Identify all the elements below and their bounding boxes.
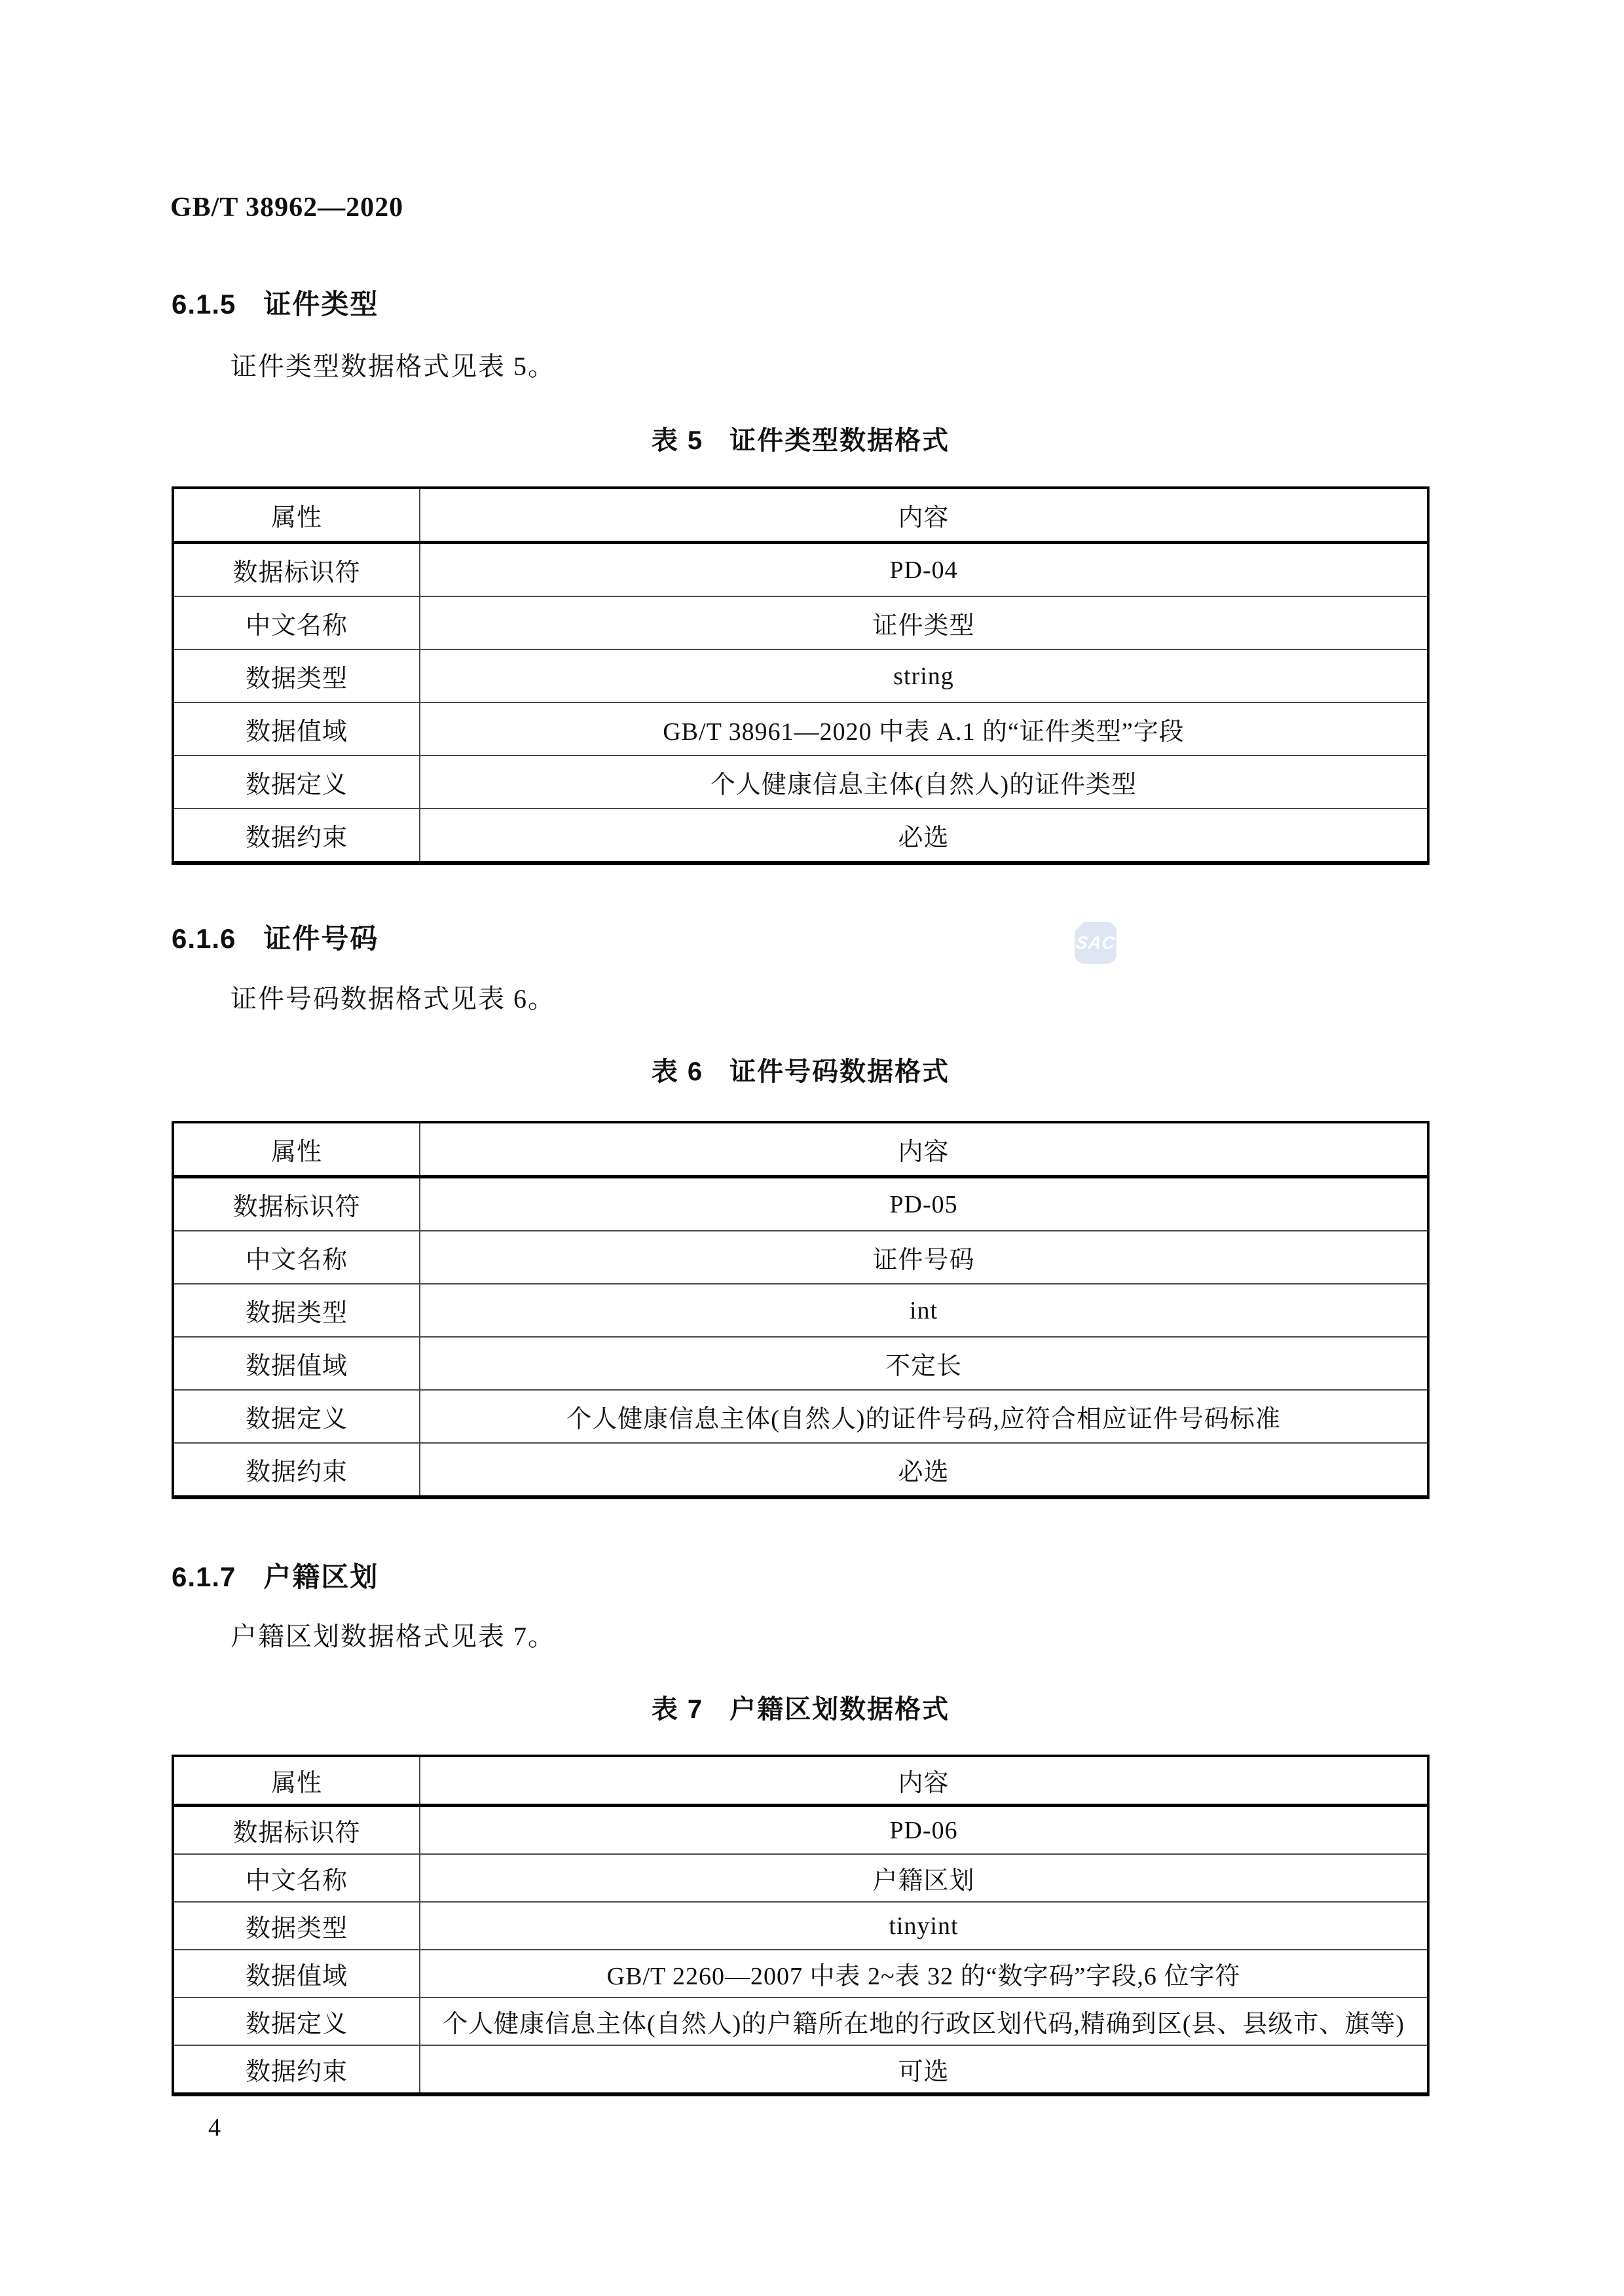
row-value: 必选: [420, 809, 1428, 863]
row-value: 个人健康信息主体(自然人)的证件号码,应符合相应证件号码标准: [420, 1390, 1428, 1443]
row-value: 个人健康信息主体(自然人)的户籍所在地的行政区划代码,精确到区(县、县级市、旗等…: [420, 1997, 1428, 2045]
row-value: GB/T 38961—2020 中表 A.1 的“证件类型”字段: [420, 702, 1428, 756]
row-value: int: [420, 1284, 1428, 1337]
row-label: 数据定义: [173, 756, 420, 809]
table-caption: 表 6证件号码数据格式: [172, 1057, 1430, 1087]
attr-header-cell: 属性: [173, 488, 420, 543]
row-label: 数据值域: [173, 1950, 420, 1997]
section-number: 6.1.5: [172, 289, 236, 319]
table-row: 数据标识符 PD-06: [173, 1806, 1428, 1855]
row-label: 数据约束: [173, 2045, 420, 2094]
row-label: 中文名称: [173, 596, 420, 649]
table-row: 数据标识符 PD-05: [173, 1177, 1428, 1231]
attr-header-cell: 属性: [173, 1122, 420, 1177]
section-intro: 证件号码数据格式见表 6。: [231, 984, 555, 1014]
table-header-row: 属性 内容: [173, 1756, 1428, 1806]
row-label: 数据值域: [173, 1337, 420, 1390]
table-name: 户籍区划数据格式: [729, 1695, 950, 1724]
table-row: 数据类型 tinyint: [173, 1902, 1428, 1950]
attr-header-cell: 属性: [173, 1756, 420, 1806]
table-row: 数据值域 GB/T 2260—2007 中表 2~表 32 的“数字码”字段,6…: [173, 1950, 1428, 1997]
row-label: 数据定义: [173, 1390, 420, 1443]
table-row: 中文名称 户籍区划: [173, 1854, 1428, 1902]
table-row: 数据类型 string: [173, 649, 1428, 702]
table-label: 表 7: [652, 1695, 703, 1724]
table-row: 中文名称 证件类型: [173, 596, 1428, 649]
table-label: 表 5: [652, 426, 703, 455]
table-header-row: 属性 内容: [173, 1122, 1428, 1177]
section-intro: 证件类型数据格式见表 5。: [231, 352, 555, 382]
row-label: 数据类型: [173, 649, 420, 702]
row-label: 中文名称: [173, 1854, 420, 1902]
table-row: 数据约束 必选: [173, 809, 1428, 863]
row-label: 数据类型: [173, 1284, 420, 1337]
row-label: 数据标识符: [173, 1806, 420, 1855]
row-label: 数据标识符: [173, 1177, 420, 1231]
row-value: GB/T 2260—2007 中表 2~表 32 的“数字码”字段,6 位字符: [420, 1950, 1428, 1997]
table-6-certificate-number: 属性 内容 数据标识符 PD-05 中文名称 证件号码 数据类型 int 数据值…: [172, 1121, 1430, 1499]
table-row: 数据值域 不定长: [173, 1337, 1428, 1390]
content-header-cell: 内容: [420, 488, 1428, 543]
table-row: 数据定义 个人健康信息主体(自然人)的户籍所在地的行政区划代码,精确到区(县、县…: [173, 1997, 1428, 2045]
table-row: 数据类型 int: [173, 1284, 1428, 1337]
row-value: 户籍区划: [420, 1854, 1428, 1902]
table-row: 数据标识符 PD-04: [173, 543, 1428, 597]
row-label: 数据标识符: [173, 543, 420, 597]
table-caption: 表 5证件类型数据格式: [172, 426, 1430, 456]
content-header-cell: 内容: [420, 1122, 1428, 1177]
section-title: 证件号码: [263, 923, 378, 954]
row-label: 数据约束: [173, 1443, 420, 1497]
table-7-household-registration: 属性 内容 数据标识符 PD-06 中文名称 户籍区划 数据类型 tinyint…: [172, 1755, 1430, 2096]
section-heading-6-1-6: 6.1.6证件号码: [172, 923, 378, 955]
page-number: 4: [208, 2113, 221, 2142]
table-row: 数据定义 个人健康信息主体(自然人)的证件号码,应符合相应证件号码标准: [173, 1390, 1428, 1443]
section-heading-6-1-5: 6.1.5证件类型: [172, 289, 378, 320]
row-value: PD-06: [420, 1806, 1428, 1855]
row-label: 数据约束: [173, 809, 420, 863]
row-value: 个人健康信息主体(自然人)的证件类型: [420, 756, 1428, 809]
row-value: 证件号码: [420, 1231, 1428, 1284]
table-row: 数据值域 GB/T 38961—2020 中表 A.1 的“证件类型”字段: [173, 702, 1428, 756]
table-label: 表 6: [652, 1057, 703, 1086]
row-value: tinyint: [420, 1902, 1428, 1950]
row-value: 不定长: [420, 1337, 1428, 1390]
standard-code: GB/T 38962—2020: [170, 193, 403, 222]
table-caption: 表 7户籍区划数据格式: [172, 1694, 1430, 1724]
section-title: 证件类型: [263, 289, 378, 319]
content-header-cell: 内容: [420, 1756, 1428, 1806]
row-value: 证件类型: [420, 596, 1428, 649]
row-label: 数据值域: [173, 702, 420, 756]
row-value: PD-04: [420, 543, 1428, 597]
row-value: 必选: [420, 1443, 1428, 1497]
sac-watermark-text: SAC: [1075, 933, 1116, 953]
table-row: 数据约束 必选: [173, 1443, 1428, 1497]
table-name: 证件号码数据格式: [729, 1057, 950, 1086]
row-label: 数据定义: [173, 1997, 420, 2045]
sac-watermark-logo: SAC: [1075, 922, 1116, 964]
section-intro: 户籍区划数据格式见表 7。: [231, 1622, 555, 1652]
table-row: 数据约束 可选: [173, 2045, 1428, 2094]
table-row: 数据定义 个人健康信息主体(自然人)的证件类型: [173, 756, 1428, 809]
table-5-certificate-type: 属性 内容 数据标识符 PD-04 中文名称 证件类型 数据类型 string …: [172, 486, 1430, 865]
section-number: 6.1.6: [172, 923, 236, 954]
table-header-row: 属性 内容: [173, 488, 1428, 543]
row-value: PD-05: [420, 1177, 1428, 1231]
section-number: 6.1.7: [172, 1561, 236, 1592]
row-value: 可选: [420, 2045, 1428, 2094]
row-label: 中文名称: [173, 1231, 420, 1284]
table-row: 中文名称 证件号码: [173, 1231, 1428, 1284]
section-heading-6-1-7: 6.1.7户籍区划: [172, 1561, 378, 1593]
document-page: GB/T 38962—2020 6.1.5证件类型 证件类型数据格式见表 5。 …: [0, 0, 1624, 2296]
section-title: 户籍区划: [263, 1561, 378, 1592]
row-label: 数据类型: [173, 1902, 420, 1950]
table-name: 证件类型数据格式: [729, 426, 950, 455]
row-value: string: [420, 649, 1428, 702]
